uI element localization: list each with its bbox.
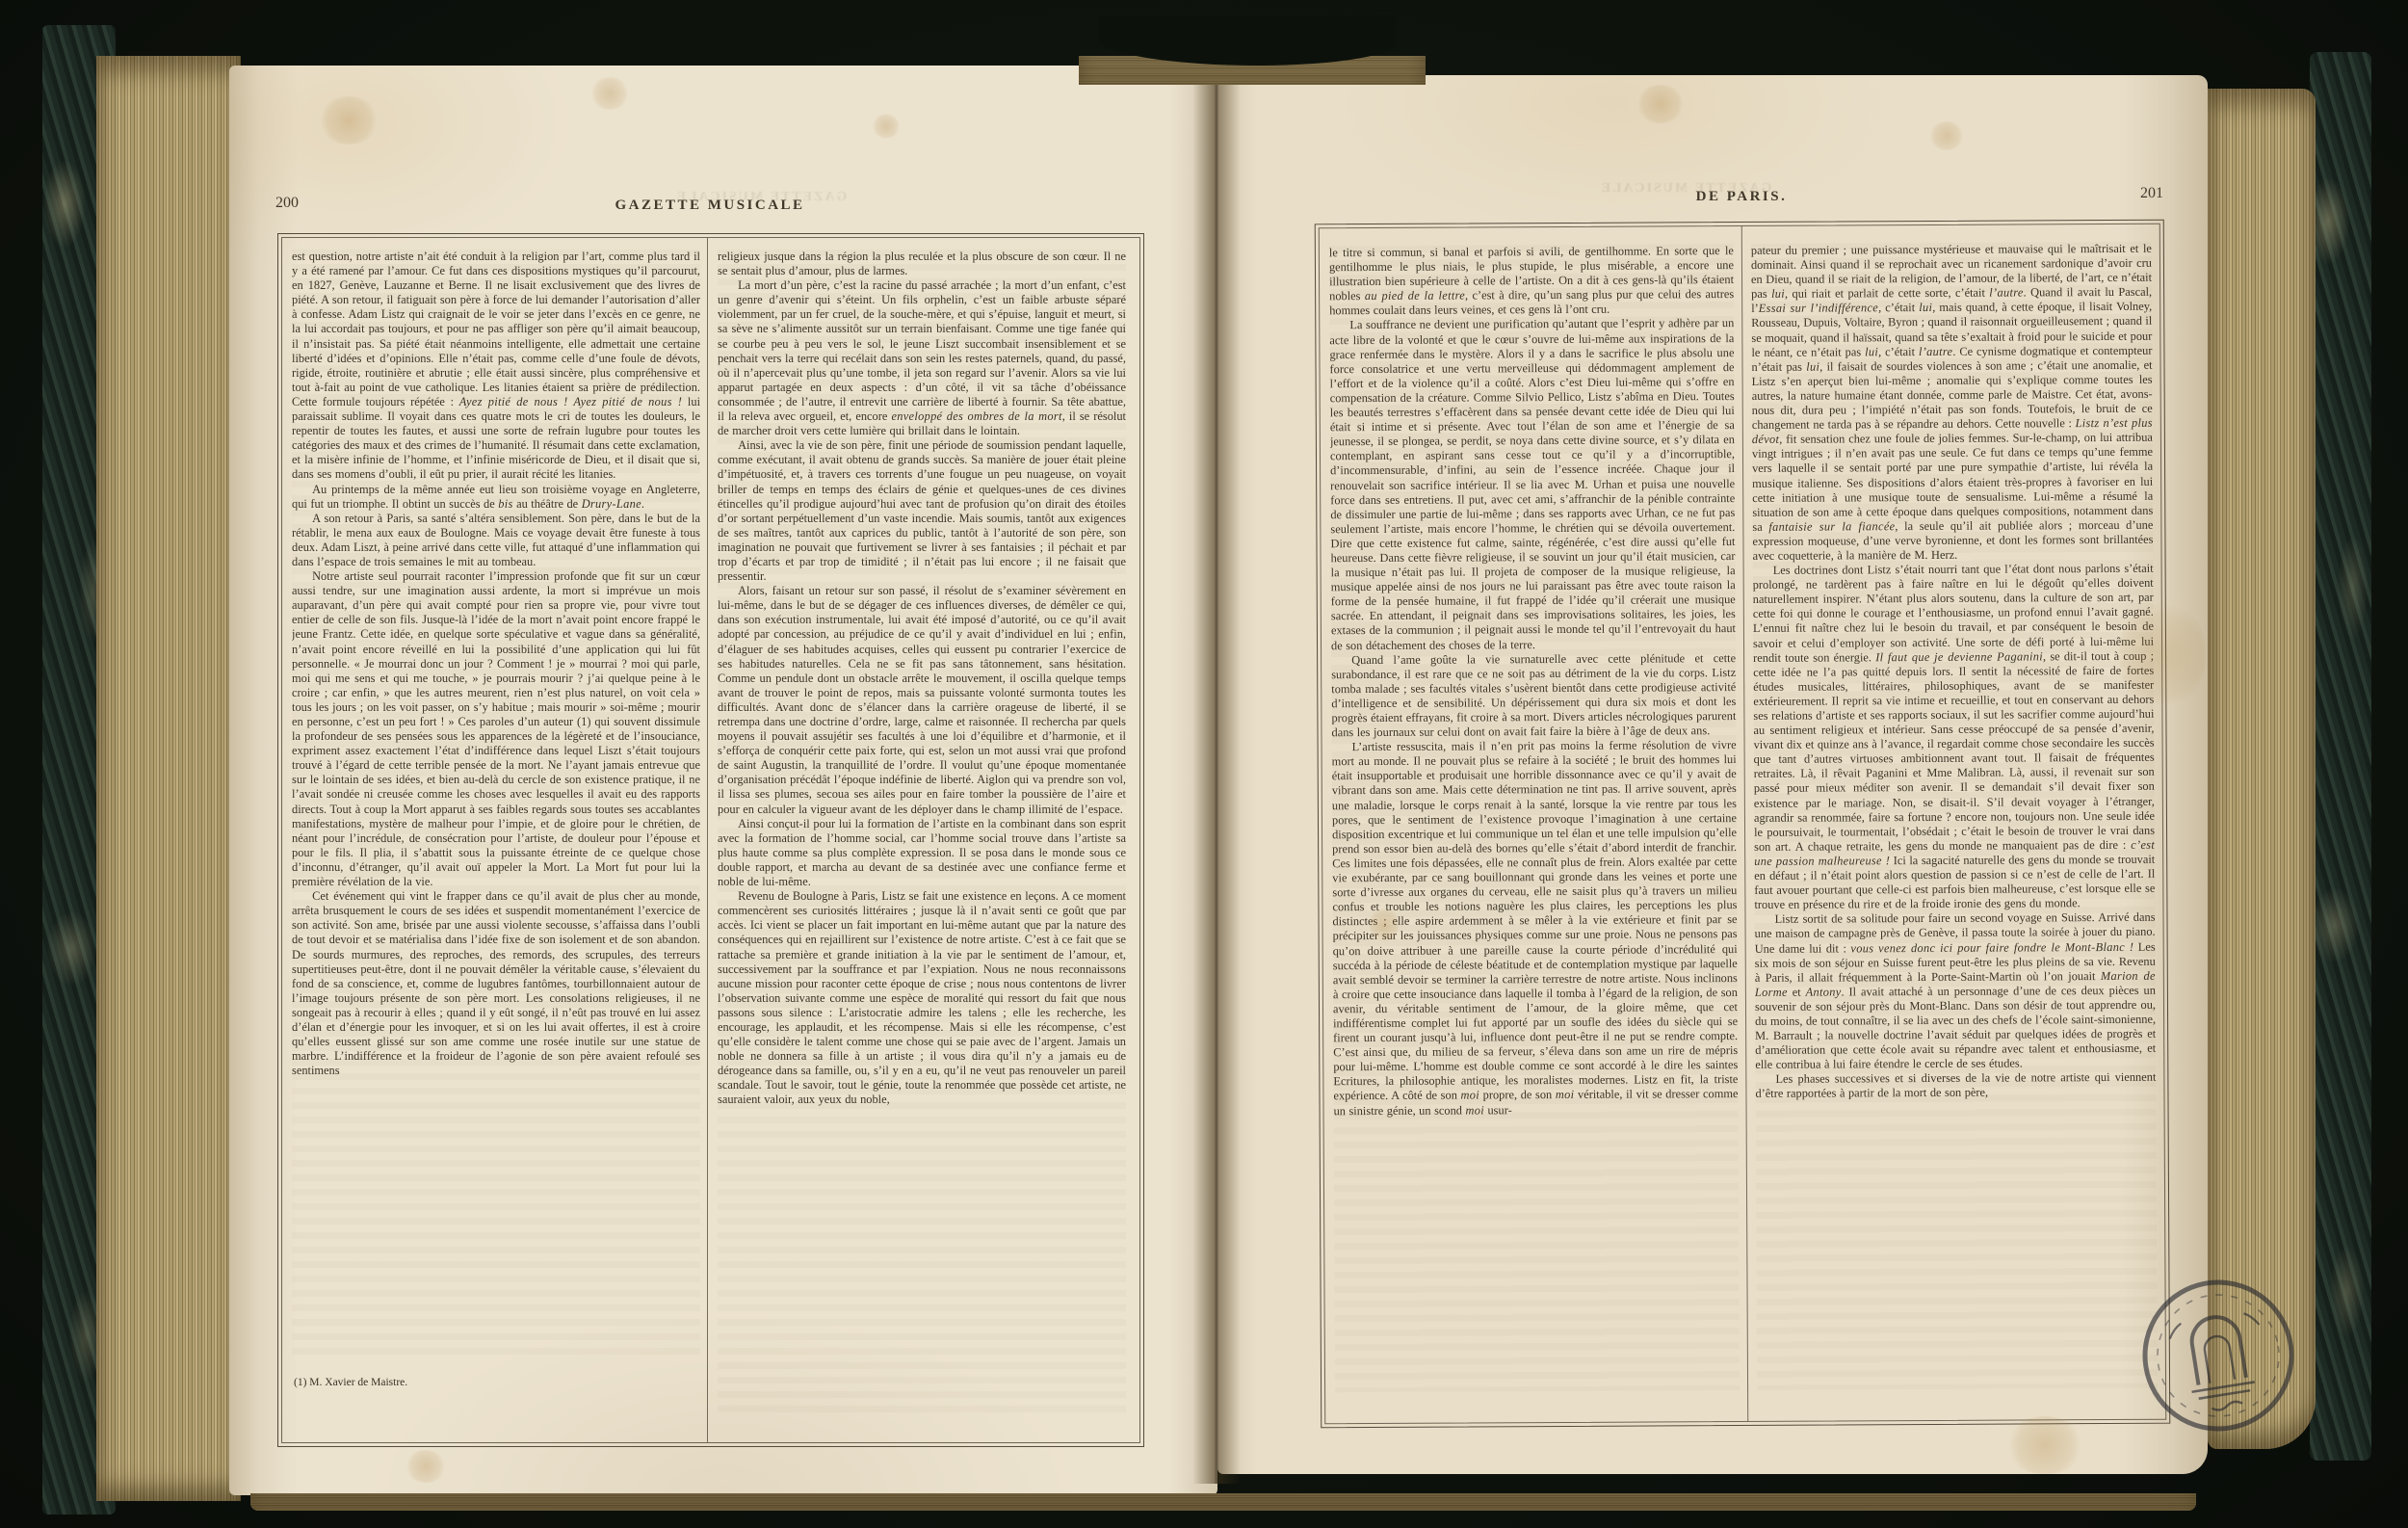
foxing-spot <box>1928 121 1965 150</box>
right-column-2: pateur du premier ; une puissance mystér… <box>1751 242 2158 1390</box>
left-page-footnote: (1) M. Xavier de Maistre. <box>294 1377 602 1388</box>
foxing-spot <box>2119 597 2206 713</box>
right-page-number: 201 <box>2071 185 2163 202</box>
left-column-1: est question, notre artiste n’ait été co… <box>292 250 700 1359</box>
foxing-spot <box>2003 1416 2086 1474</box>
right-column-1: le titre si commun, si banal et parfois … <box>1329 244 1740 1392</box>
library-ink-stamp <box>2125 1262 2313 1450</box>
left-fore-edge-page-stack <box>96 56 241 1501</box>
left-column-divider-rule <box>707 238 708 1442</box>
foxing-spot <box>1636 85 1686 123</box>
scanned-book-spread: 200 GAZETTE MUSICALE GAZETTE MUSICALE es… <box>0 0 2408 1528</box>
left-column-2: religieux jusque dans la région la plus … <box>718 250 1126 1417</box>
foxing-spot <box>405 1450 447 1483</box>
foxing-spot <box>589 77 630 110</box>
foxing-spot <box>1370 906 1399 944</box>
foxing-spot <box>872 114 901 139</box>
right-page-rule-frame: le titre si commun, si banal et parfois … <box>1315 220 2171 1429</box>
book-gutter-fold <box>1192 75 1241 1484</box>
left-page-rule-frame: est question, notre artiste n’ait été co… <box>277 233 1144 1447</box>
foxing-spot <box>318 96 380 145</box>
right-header-bleedthrough-text: GAZETTE MUSICALE <box>1541 181 1830 197</box>
right-fore-edge-page-stack <box>2208 89 2316 1449</box>
left-header-bleedthrough-text: GAZETTE MUSICALE <box>597 190 925 205</box>
right-cover-marbled-board <box>2310 52 2371 1461</box>
bottom-page-edges <box>250 1493 2196 1511</box>
